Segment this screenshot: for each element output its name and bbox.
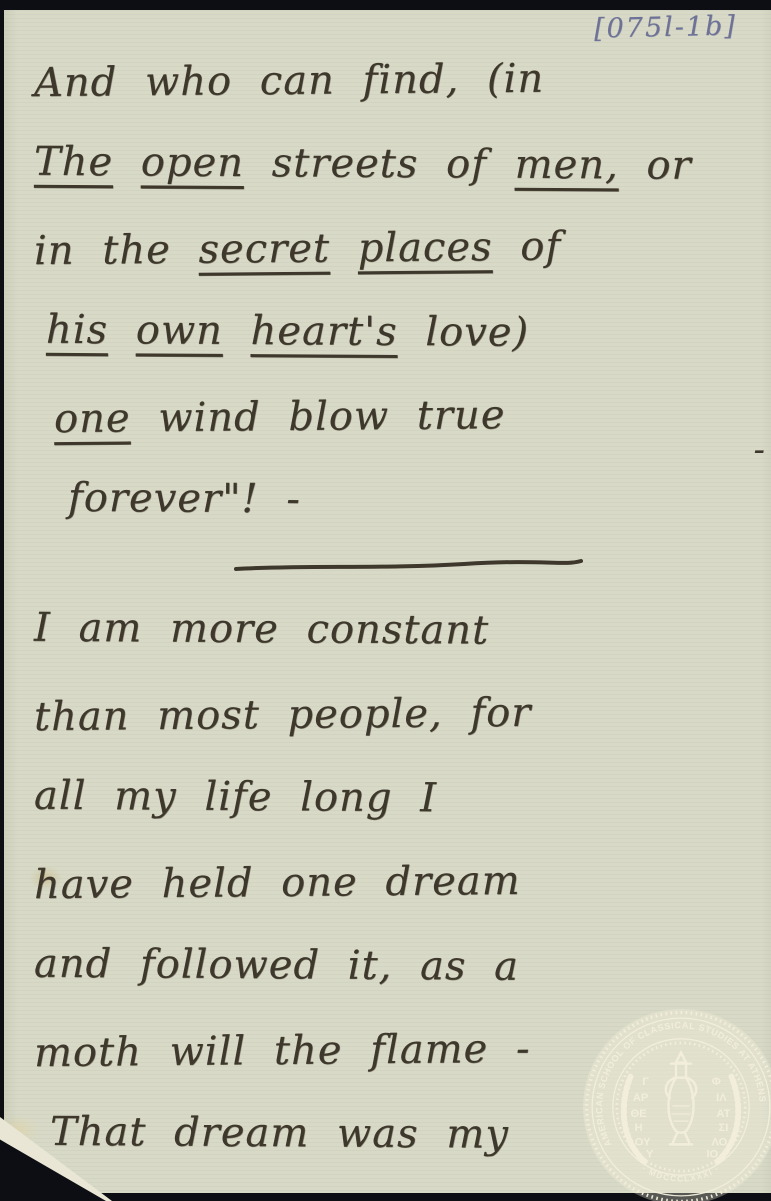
word: people,: [287, 691, 443, 738]
word: my: [114, 773, 177, 819]
letter-line: than most people, for: [34, 669, 764, 759]
word: for: [470, 690, 531, 737]
word: a: [494, 944, 519, 990]
letter-line: moth will the flame -: [34, 1005, 764, 1095]
word: can: [260, 58, 335, 105]
word: his: [46, 307, 108, 353]
letter-line: forever"! -: [68, 456, 764, 544]
word: moth: [34, 1029, 142, 1076]
word: open: [141, 139, 244, 186]
word: followed: [140, 941, 320, 988]
word: my: [446, 1111, 509, 1157]
word: most: [157, 692, 260, 739]
letter-line: have held one dream: [34, 837, 764, 927]
word: I: [34, 605, 51, 651]
letter-line: The open streets of men, or: [34, 120, 763, 208]
word: streets: [272, 140, 419, 187]
word: own: [136, 307, 223, 354]
word: secret: [198, 226, 330, 273]
word: have: [34, 861, 134, 908]
word: was: [337, 1111, 419, 1157]
word: one: [281, 859, 358, 906]
letter-line: And who can find, (in: [34, 35, 764, 125]
scanned-letter-page: [075l-1b] And who can find, (in The open…: [0, 0, 771, 1201]
word: flame: [370, 1026, 488, 1073]
word: of: [520, 224, 561, 270]
letter-line: That dream was my: [50, 1090, 763, 1178]
word: or: [646, 143, 691, 189]
word: men,: [515, 142, 619, 189]
letter-lines: And who can find, (in The open streets o…: [34, 38, 763, 1176]
word: as: [420, 943, 467, 989]
word: in: [34, 228, 75, 274]
word: And: [34, 59, 118, 106]
word: (in: [487, 56, 545, 102]
word: That: [50, 1109, 147, 1156]
word: will: [169, 1028, 246, 1075]
word: blow: [288, 393, 389, 440]
word: heart's: [250, 308, 397, 355]
word: of: [446, 141, 487, 187]
word: forever"!: [68, 475, 259, 522]
word: find,: [362, 56, 459, 103]
word: it,: [348, 943, 393, 989]
word: than: [34, 693, 130, 740]
word: places: [358, 224, 493, 271]
word: dream: [174, 1110, 309, 1157]
word: more: [170, 606, 279, 653]
letter-paper: [075l-1b] And who can find, (in The open…: [4, 10, 771, 1193]
word: the: [274, 1027, 343, 1074]
word: constant: [306, 606, 489, 653]
letter-line: and followed it, as a: [34, 922, 763, 1010]
letter-line: I am more constant: [34, 586, 763, 674]
word: and: [34, 941, 112, 987]
word: the: [102, 227, 171, 274]
word: love): [425, 309, 529, 356]
word: who: [145, 58, 232, 105]
word: am: [78, 605, 142, 651]
word: The: [34, 139, 113, 185]
word: all: [34, 773, 87, 819]
word: one: [54, 395, 131, 442]
catalog-label: [075l-1b]: [594, 11, 737, 45]
flourish-divider: [34, 542, 763, 588]
word: -: [516, 1026, 531, 1072]
word: I: [420, 775, 437, 821]
word: life: [204, 774, 272, 820]
word: wind: [158, 394, 261, 441]
letter-line: one wind blow true: [54, 371, 764, 461]
word: long: [300, 774, 393, 821]
letter-line: his own heart's love): [46, 288, 763, 376]
word: held: [161, 860, 253, 907]
word: true: [417, 392, 506, 439]
letter-line: all my life long I: [34, 754, 763, 842]
letter-line: in the secret places of: [34, 203, 764, 293]
word: -: [286, 476, 301, 522]
margin-dash: -: [754, 430, 766, 470]
word: dream: [385, 858, 521, 905]
